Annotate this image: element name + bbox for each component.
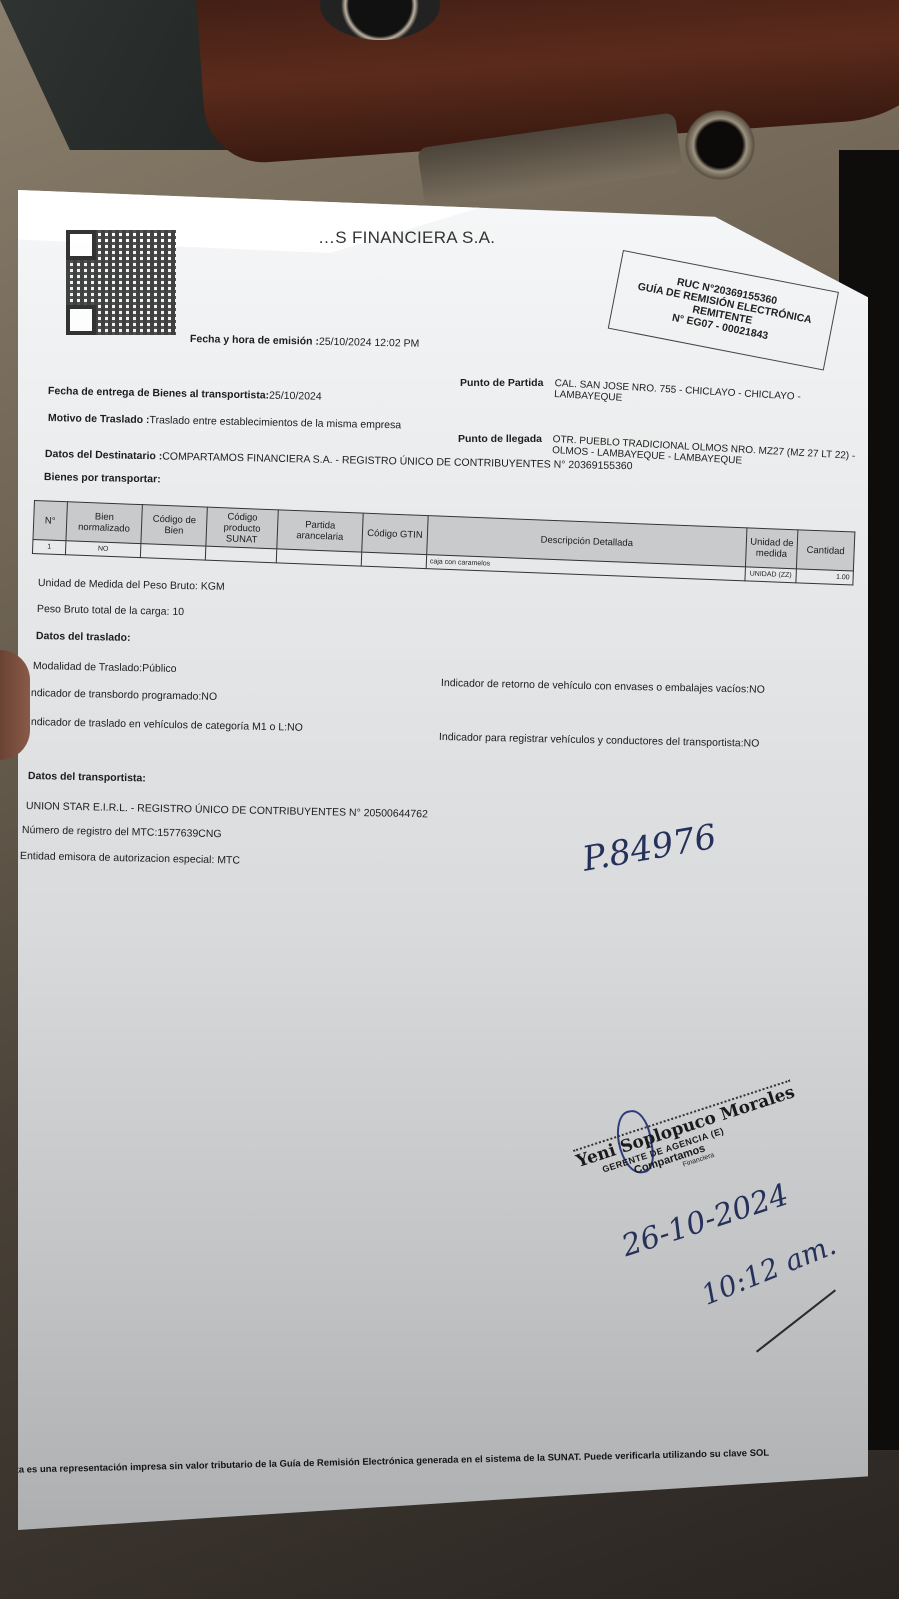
m1-l-value: NO bbox=[287, 721, 303, 733]
register-vehicles-label: Indicador para registrar vehículos y con… bbox=[439, 731, 744, 749]
carrier-name: UNION STAR E.I.R.L. - REGISTRO ÚNICO DE … bbox=[26, 800, 428, 820]
legal-footer: Esta es una representación impresa sin v… bbox=[4, 1448, 769, 1476]
transshipment-label: Indicador de transbordo programado: bbox=[28, 687, 202, 703]
transshipment-indicator: Indicador de transbordo programado:NO bbox=[28, 687, 217, 703]
cell-sunat-code bbox=[205, 546, 276, 563]
modality-label: Modalidad de Traslado: bbox=[33, 660, 142, 674]
authority-label: Entidad emisora de autorizacion especial… bbox=[20, 850, 215, 866]
col-item-code: Código de Bien bbox=[141, 505, 207, 546]
mtc-label: Número de registro del MTC: bbox=[22, 824, 158, 839]
m1-l-label: Indicador de traslado en vehículos de ca… bbox=[28, 716, 287, 733]
return-empty-value: NO bbox=[749, 683, 765, 695]
origin-address: CAL. SAN JOSE NRO. 755 - CHICLAYO - CHIC… bbox=[554, 378, 801, 414]
cell-quantity: 1.00 bbox=[796, 569, 853, 585]
cell-unit: UNIDAD (ZZ) bbox=[745, 567, 796, 583]
mtc-value: 1577639CNG bbox=[157, 827, 221, 840]
emission-datetime: Fecha y hora de emisión :25/10/2024 12:0… bbox=[190, 333, 420, 350]
return-empty-label: Indicador de retorno de vehículo con env… bbox=[441, 677, 749, 695]
carrier-title: Datos del transportista: bbox=[28, 770, 146, 784]
register-vehicles-indicator: Indicador para registrar vehículos y con… bbox=[439, 731, 760, 750]
recipient-label: Datos del Destinatario : bbox=[45, 448, 163, 462]
weight-unit: Unidad de Medida del Peso Bruto: KGM bbox=[38, 577, 225, 593]
weight-total-value: 10 bbox=[172, 606, 184, 618]
qr-code-icon bbox=[66, 230, 176, 335]
remission-guide-document: …S FINANCIERA S.A. RUC N°20369155360 GUÍ… bbox=[18, 190, 868, 1530]
col-unit: Unidad de medida bbox=[745, 528, 797, 569]
return-empty-indicator: Indicador de retorno de vehículo con env… bbox=[441, 677, 765, 696]
weight-total-label: Peso Bruto total de la carga: bbox=[37, 603, 170, 618]
weight-unit-value: KGM bbox=[201, 580, 225, 592]
handwritten-date: 26-10-2024 bbox=[618, 1177, 793, 1264]
cell-normalized: NO bbox=[65, 541, 140, 558]
modality-value: Público bbox=[142, 662, 177, 675]
col-quantity: Cantidad bbox=[796, 530, 854, 571]
company-name: …S FINANCIERA S.A. bbox=[318, 228, 495, 248]
delivery-date-value: 25/10/2024 bbox=[269, 390, 322, 403]
col-tariff: Partida arancelaria bbox=[277, 510, 363, 552]
document-header-box: RUC N°20369155360 GUÍA DE REMISIÓN ELECT… bbox=[608, 250, 839, 371]
cell-gtin bbox=[361, 552, 426, 568]
weight-unit-label: Unidad de Medida del Peso Bruto: bbox=[38, 577, 198, 592]
reason-label: Motivo de Traslado : bbox=[48, 412, 150, 426]
col-normalized: Bien normalizado bbox=[66, 502, 142, 544]
cell-item-code bbox=[140, 544, 205, 560]
handwritten-note: P.84976 bbox=[580, 817, 720, 880]
emission-label: Fecha y hora de emisión : bbox=[190, 333, 319, 348]
handwritten-time: 10:12 am. bbox=[697, 1228, 841, 1312]
origin-label: Punto de Partida bbox=[460, 377, 543, 389]
thumb bbox=[0, 650, 30, 760]
reason-value: Traslado entre establecimientos de la mi… bbox=[149, 414, 401, 431]
carrier-authority: Entidad emisora de autorizacion especial… bbox=[20, 850, 240, 867]
authority-value: MTC bbox=[217, 854, 240, 866]
cup-holder bbox=[680, 105, 760, 185]
destination-label: Punto de llegada bbox=[458, 433, 542, 445]
weight-total: Peso Bruto total de la carga: 10 bbox=[37, 603, 184, 618]
transfer-modality: Modalidad de Traslado:Público bbox=[33, 660, 177, 675]
transfer-title: Datos del traslado: bbox=[36, 630, 131, 644]
m1-l-indicator: Indicador de traslado en vehículos de ca… bbox=[28, 716, 303, 734]
emission-value: 25/10/2024 12:02 PM bbox=[319, 336, 420, 350]
carrier-mtc: Número de registro del MTC:1577639CNG bbox=[22, 824, 222, 840]
recipient: Datos del Destinatario :COMPARTAMOS FINA… bbox=[45, 448, 633, 472]
col-number: N° bbox=[33, 501, 67, 541]
pen-stroke bbox=[756, 1289, 836, 1352]
goods-table: N° Bien normalizado Código de Bien Códig… bbox=[32, 500, 855, 586]
register-vehicles-value: NO bbox=[743, 737, 759, 749]
delivery-date-label: Fecha de entrega de Bienes al transporti… bbox=[48, 385, 269, 402]
col-gtin: Código GTIN bbox=[362, 513, 428, 554]
delivery-date: Fecha de entrega de Bienes al transporti… bbox=[48, 385, 322, 403]
goods-title: Bienes por transportar: bbox=[44, 471, 161, 485]
thumb-overlay bbox=[0, 650, 30, 760]
cell-number: 1 bbox=[32, 539, 66, 554]
col-sunat-code: Código producto SUNAT bbox=[206, 507, 278, 549]
transshipment-value: NO bbox=[201, 691, 217, 703]
transfer-reason: Motivo de Traslado :Traslado entre estab… bbox=[48, 412, 401, 431]
cell-tariff bbox=[276, 549, 361, 566]
